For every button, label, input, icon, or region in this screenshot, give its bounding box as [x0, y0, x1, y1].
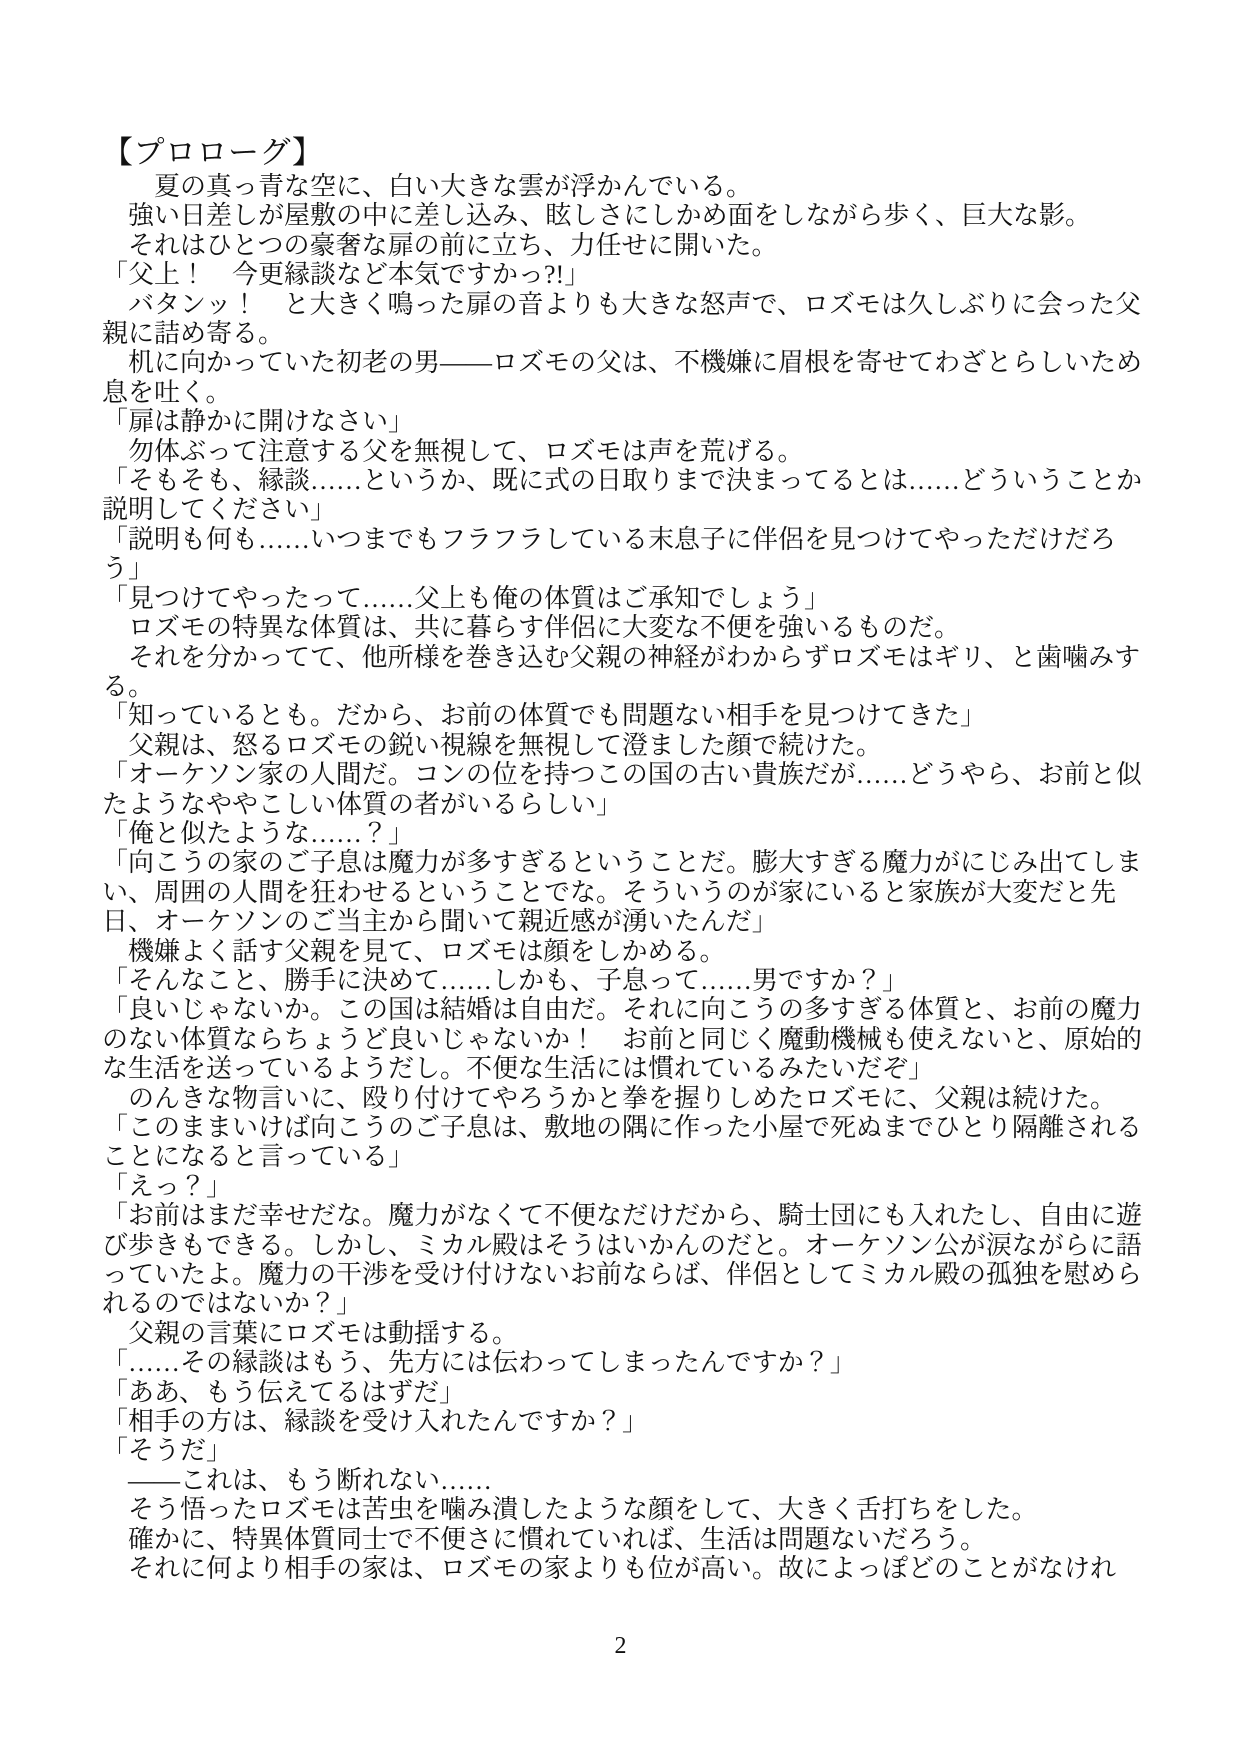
- page-number: 2: [0, 1633, 1241, 1660]
- text-line: 「……その縁談はもう、先方には伝わってしまったんですか？」: [102, 1348, 1162, 1377]
- text-block: 【プロローグ】 夏の真っ青な空に、白い大きな雲が浮かんでいる。 強い日差しが屋敷…: [102, 134, 1162, 1584]
- body-text: 夏の真っ青な空に、白い大きな雲が浮かんでいる。 強い日差しが屋敷の中に差し込み、…: [102, 172, 1162, 1584]
- text-line: 「このままいけば向こうのご子息は、敷地の隅に作った小屋で死ぬまでひとり隔離される: [102, 1113, 1162, 1142]
- text-line: ――これは、もう断れない……: [102, 1466, 1162, 1495]
- text-line: 説明してください」: [102, 495, 1162, 524]
- text-line: な生活を送っているようだし。不便な生活には慣れているみたいだぞ」: [102, 1054, 1162, 1083]
- text-line: 親に詰め寄る。: [102, 319, 1162, 348]
- text-line: 「そもそも、縁談……というか、既に式の日取りまで決まってるとは……どういうことか: [102, 466, 1162, 495]
- text-line: 「オーケソン家の人間だ。コンの位を持つこの国の古い貴族だが……どうやら、お前と似: [102, 760, 1162, 789]
- text-line: 息を吐く。: [102, 378, 1162, 407]
- text-line: 「そうだ」: [102, 1436, 1162, 1465]
- text-line: 机に向かっていた初老の男――ロズモの父は、不機嫌に眉根を寄せてわざとらしいため: [102, 348, 1162, 377]
- text-line: ロズモの特異な体質は、共に暮らす伴侶に大変な不便を強いるものだ。: [102, 613, 1162, 642]
- text-line: る。: [102, 672, 1162, 701]
- text-line: 「父上！ 今更縁談など本気ですかっ?!」: [102, 260, 1162, 289]
- text-line: それに何より相手の家は、ロズモの家よりも位が高い。故によっぽどのことがなけれ: [102, 1554, 1162, 1583]
- text-line: 「えっ？」: [102, 1172, 1162, 1201]
- text-line: 「良いじゃないか。この国は結婚は自由だ。それに向こうの多すぎる体質と、お前の魔力: [102, 995, 1162, 1024]
- text-line: それを分かってて、他所様を巻き込む父親の神経がわからずロズモはギリ、と歯噛みす: [102, 643, 1162, 672]
- text-line: 「相手の方は、縁談を受け入れたんですか？」: [102, 1407, 1162, 1436]
- text-line: 「知っているとも。だから、お前の体質でも問題ない相手を見つけてきた」: [102, 701, 1162, 730]
- text-line: のない体質ならちょうど良いじゃないか！ お前と同じく魔動機械も使えないと、原始的: [102, 1025, 1162, 1054]
- text-line: 「お前はまだ幸せだな。魔力がなくて不便なだけだから、騎士団にも入れたし、自由に遊: [102, 1201, 1162, 1230]
- text-line: それはひとつの豪奢な扉の前に立ち、力任せに開いた。: [102, 231, 1162, 260]
- text-line: 父親は、怒るロズモの鋭い視線を無視して澄ました顔で続けた。: [102, 731, 1162, 760]
- text-line: い、周囲の人間を狂わせるということでな。そういうのが家にいると家族が大変だと先: [102, 878, 1162, 907]
- text-line: 確かに、特異体質同士で不便さに慣れていれば、生活は問題ないだろう。: [102, 1525, 1162, 1554]
- text-line: 夏の真っ青な空に、白い大きな雲が浮かんでいる。: [102, 172, 1162, 201]
- page-title: 【プロローグ】: [102, 134, 1162, 172]
- text-line: 「説明も何も……いつまでもフラフラしている末息子に伴侶を見つけてやっただけだろ: [102, 525, 1162, 554]
- text-line: 機嫌よく話す父親を見て、ロズモは顔をしかめる。: [102, 937, 1162, 966]
- text-line: のんきな物言いに、殴り付けてやろうかと拳を握りしめたロズモに、父親は続けた。: [102, 1084, 1162, 1113]
- text-line: 「そんなこと、勝手に決めて……しかも、子息って……男ですか？」: [102, 966, 1162, 995]
- text-line: び歩きもできる。しかし、ミカル殿はそうはいかんのだと。オーケソン公が涙ながらに語: [102, 1231, 1162, 1260]
- text-line: バタンッ！ と大きく鳴った扉の音よりも大きな怒声で、ロズモは久しぶりに会った父: [102, 290, 1162, 319]
- text-line: 「見つけてやったって……父上も俺の体質はご承知でしょう」: [102, 584, 1162, 613]
- text-line: 父親の言葉にロズモは動揺する。: [102, 1319, 1162, 1348]
- text-line: ことになると言っている」: [102, 1142, 1162, 1171]
- text-line: たようなややこしい体質の者がいるらしい」: [102, 790, 1162, 819]
- text-line: れるのではないか？」: [102, 1289, 1162, 1318]
- document-page: 【プロローグ】 夏の真っ青な空に、白い大きな雲が浮かんでいる。 強い日差しが屋敷…: [0, 0, 1241, 1755]
- text-line: 勿体ぶって注意する父を無視して、ロズモは声を荒げる。: [102, 437, 1162, 466]
- text-line: 「俺と似たような……？」: [102, 819, 1162, 848]
- text-line: 「ああ、もう伝えてるはずだ」: [102, 1378, 1162, 1407]
- text-line: 強い日差しが屋敷の中に差し込み、眩しさにしかめ面をしながら歩く、巨大な影。: [102, 201, 1162, 230]
- text-line: っていたよ。魔力の干渉を受け付けないお前ならば、伴侶としてミカル殿の孤独を慰めら: [102, 1260, 1162, 1289]
- text-line: そう悟ったロズモは苦虫を噛み潰したような顔をして、大きく舌打ちをした。: [102, 1495, 1162, 1524]
- text-line: 「向こうの家のご子息は魔力が多すぎるということだ。膨大すぎる魔力がにじみ出てしま: [102, 848, 1162, 877]
- text-line: 「扉は静かに開けなさい」: [102, 407, 1162, 436]
- text-line: 日、オーケソンのご当主から聞いて親近感が湧いたんだ」: [102, 907, 1162, 936]
- text-line: う」: [102, 554, 1162, 583]
